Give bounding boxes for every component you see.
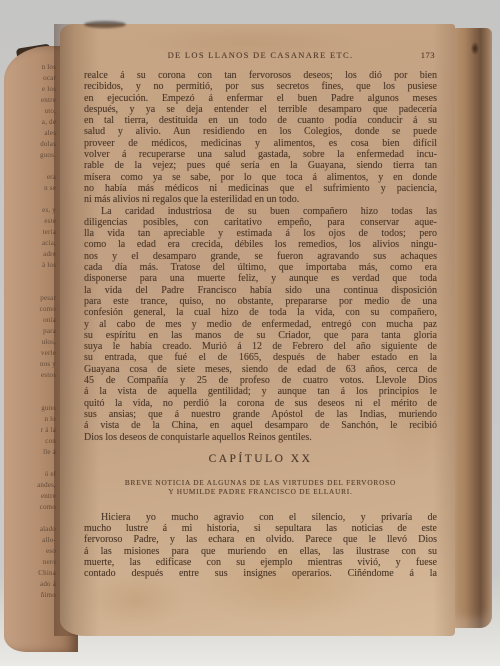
left-page-text-fragment bbox=[8, 194, 56, 205]
left-page-text-fragment: ñimo bbox=[8, 590, 56, 601]
left-page-text-fragment: ado á bbox=[8, 579, 56, 590]
left-page-text-fragment: n lo bbox=[8, 414, 56, 425]
text-line: diligencias posibles, con caritativo emp… bbox=[84, 217, 437, 228]
left-page-text-fragment: China bbox=[8, 568, 56, 579]
left-page-text-fragment: era bbox=[8, 172, 56, 183]
left-page-text-fragment: como bbox=[8, 304, 56, 315]
running-header: DE LOS LLANOS DE CASANARE ETC. 173 bbox=[84, 50, 437, 61]
text-line: rable de la vejez; pues qué sería en la … bbox=[84, 160, 437, 171]
left-page-text-fragment: adre bbox=[8, 249, 56, 260]
left-page-text-fragment: para bbox=[8, 326, 56, 337]
left-page-text-fragment: con bbox=[8, 436, 56, 447]
text-line: confesión general, la cual hizo de toda … bbox=[84, 307, 437, 318]
left-page-text-fragment: n se bbox=[8, 183, 56, 194]
main-page: DE LOS LLANOS DE CASANARE ETC. 173 realc… bbox=[60, 24, 455, 636]
left-page-text-fragment: como bbox=[8, 502, 56, 513]
text-line: Dios los deseos de conquistarle aquellos… bbox=[84, 432, 437, 443]
left-page-text-fragment: entre bbox=[8, 491, 56, 502]
text-line: disponerse para una muerte feliz, y aunq… bbox=[84, 273, 437, 284]
left-page-text-fragment: ulos, bbox=[8, 337, 56, 348]
left-page-text-fragment: alado bbox=[8, 524, 56, 535]
left-page-text-fragment: a, de bbox=[8, 117, 56, 128]
left-page-text-fragment: es, y bbox=[8, 205, 56, 216]
left-page-text-fragment bbox=[8, 458, 56, 469]
left-page-text-fragment: acia, bbox=[8, 238, 56, 249]
text-line: á vista de la China, en aquel desamparo … bbox=[84, 420, 437, 431]
text-line: no había más médicos ni medicinas que el… bbox=[84, 183, 437, 194]
text-line: Hiciera yo mucho agravio con el silencio… bbox=[84, 512, 437, 523]
text-line: muerte, las edificase con su ejemplo mie… bbox=[84, 557, 437, 568]
left-page-text-fragment: nos y bbox=[8, 359, 56, 370]
paragraph: La caridad industriosa de su buen compañ… bbox=[84, 206, 437, 443]
text-column: DE LOS LLANOS DE CASANARE ETC. 173 realc… bbox=[60, 50, 455, 580]
paragraph: Hiciera yo mucho agravio con el silencio… bbox=[84, 512, 437, 580]
text-line: 45 de Compañía y 25 de profeso de cuatro… bbox=[84, 375, 437, 386]
text-line: ni más alivios ni regalos que la esteril… bbox=[84, 194, 437, 205]
left-page-text-fragment bbox=[8, 381, 56, 392]
left-page-text-fragment: r á la bbox=[8, 425, 56, 436]
left-page-text-fragment bbox=[8, 282, 56, 293]
text-line: La caridad industriosa de su buen compañ… bbox=[84, 206, 437, 217]
text-line: nos y el desamparo grande, se fueron agr… bbox=[84, 251, 437, 262]
left-page-text-fragment bbox=[8, 271, 56, 282]
text-line: cada día más. Tratose del último, que im… bbox=[84, 262, 437, 273]
running-title: DE LOS LLANOS DE CASANARE ETC. bbox=[168, 50, 354, 60]
left-page-text-fragment bbox=[8, 513, 56, 524]
left-page-text-fragment: guno bbox=[8, 403, 56, 414]
chapter-subtitle-line: BREVE NOTICIA DE ALGUNAS DE LAS VIRTUDES… bbox=[84, 478, 437, 488]
left-page-text-fragment: ales bbox=[8, 128, 56, 139]
text-line: mucho lustre á mi historia, si sepultara… bbox=[84, 523, 437, 534]
text-line: recibidos, y no permitió, por sus secret… bbox=[84, 81, 437, 92]
chapter-subtitle-line: Y HUMILDE PADRE FRANCISCO DE ELLAURI. bbox=[84, 487, 437, 497]
text-line: salud y alivio. Aun residiendo en los Co… bbox=[84, 126, 437, 137]
book-photo: n losocare losentreuto,a, dealesdolasguo… bbox=[0, 0, 500, 666]
body-text-top: realce á su corona con tan fervorosos de… bbox=[84, 70, 437, 443]
text-line: en tal tierra, destituida en un todo de … bbox=[84, 115, 437, 126]
text-line: Guayana cosa de siete meses, siendo de e… bbox=[84, 364, 437, 375]
text-line: después, y ya se deja entender el terrib… bbox=[84, 104, 437, 115]
left-page-text-fragments: n losocare losentreuto,a, dealesdolasguo… bbox=[8, 62, 56, 601]
page-stain bbox=[86, 572, 186, 628]
text-line: mísera como ya se sabe, por lo que toca … bbox=[84, 172, 437, 183]
body-text-bottom: Hiciera yo mucho agravio con el silencio… bbox=[84, 512, 437, 580]
text-line: y al cabo de mes y medio de enfermedad, … bbox=[84, 319, 437, 330]
left-page-text-fragment: guos. bbox=[8, 150, 56, 161]
text-line: proveer de médicos, medicinas y alimento… bbox=[84, 138, 437, 149]
text-line: la vida del Padre Francisco había sido u… bbox=[84, 285, 437, 296]
left-page-text-fragment: este bbox=[8, 216, 56, 227]
text-line: como la edad era crecida, débiles los re… bbox=[84, 239, 437, 250]
fore-edge-dark-spot bbox=[471, 42, 479, 55]
left-page-text-fragment: ó el bbox=[8, 469, 56, 480]
left-page-text-fragment bbox=[8, 161, 56, 172]
left-page-text-fragment bbox=[8, 392, 56, 403]
top-edge-smudge bbox=[84, 21, 126, 28]
left-page-text-fragment: ocar bbox=[8, 73, 56, 84]
left-page-text-fragment: estos bbox=[8, 370, 56, 381]
paragraph: realce á su corona con tan fervorosos de… bbox=[84, 70, 437, 206]
text-line: quitó la vida, no perdió la corona de su… bbox=[84, 398, 437, 409]
left-page-text-fragment: uto, bbox=[8, 106, 56, 117]
left-page-text-fragment: nero bbox=[8, 557, 56, 568]
text-line: á la vista de aquella gentilidad; y aunq… bbox=[84, 386, 437, 397]
left-page-text-fragment: á los bbox=[8, 260, 56, 271]
text-line: para este trance, quiso, no obstante, pr… bbox=[84, 296, 437, 307]
left-page-text-fragment: verle bbox=[8, 348, 56, 359]
text-line: suya le había creado. Murió á 12 de Febr… bbox=[84, 341, 437, 352]
left-page-text-fragment: lle á bbox=[8, 447, 56, 458]
left-page-text-fragment: pesar bbox=[8, 293, 56, 304]
left-page-text-fragment: dolas bbox=[8, 139, 56, 150]
text-line: realce á su corona con tan fervorosos de… bbox=[84, 70, 437, 81]
chapter-subtitle: BREVE NOTICIA DE ALGUNAS DE LAS VIRTUDES… bbox=[84, 478, 437, 497]
text-line: su entrada, que fué el de 1665, después … bbox=[84, 352, 437, 363]
text-line: sus ansias; que á nuestro grande Apóstol… bbox=[84, 409, 437, 420]
left-page-text-fragment: allo- bbox=[8, 535, 56, 546]
left-page-text-fragment: onía bbox=[8, 315, 56, 326]
text-line: á las misiones para que muriendo en ella… bbox=[84, 546, 437, 557]
page-block-fore-edge bbox=[451, 28, 492, 628]
left-page-text-fragment: n los bbox=[8, 62, 56, 73]
left-page-text-fragment: entre bbox=[8, 95, 56, 106]
page-number: 173 bbox=[421, 50, 435, 61]
left-page-text-fragment: tería bbox=[8, 227, 56, 238]
text-line: su espíritu en las manos de su Criador, … bbox=[84, 330, 437, 341]
text-line: en ejecución. Empezó á enfermar el buen … bbox=[84, 93, 437, 104]
text-line: volver á recuperarse una salud gastada, … bbox=[84, 149, 437, 160]
left-page-text-fragment: andes, bbox=[8, 480, 56, 491]
text-line: fervoroso Padre, y las echara en olvido.… bbox=[84, 534, 437, 545]
text-line: lla vida tan apreciable y estimada á los… bbox=[84, 228, 437, 239]
chapter-title: CAPÍTULO XX bbox=[84, 452, 437, 467]
left-page-text-fragment: e los bbox=[8, 84, 56, 95]
left-page-text-fragment: eso bbox=[8, 546, 56, 557]
text-line: contado después entre sus insignes opera… bbox=[84, 568, 437, 579]
